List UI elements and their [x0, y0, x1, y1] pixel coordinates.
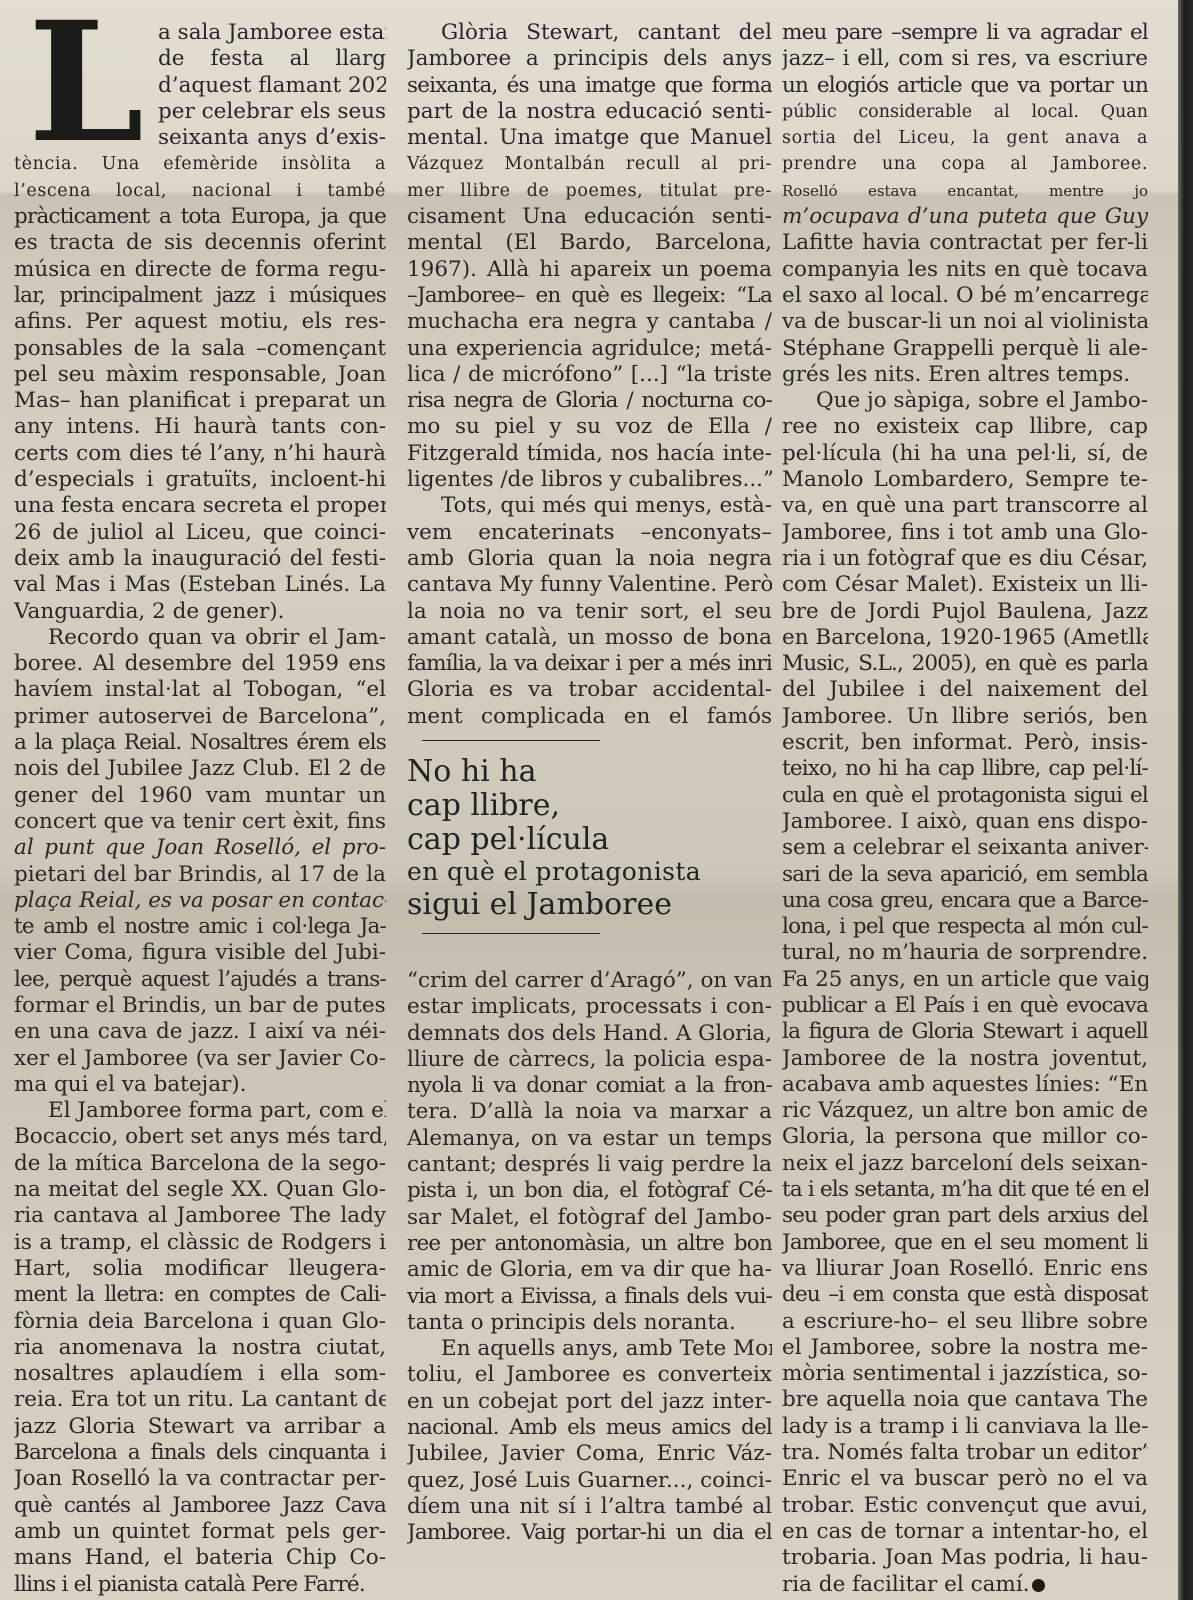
text-line: a escriure-ho– el seu llibre sobre: [782, 1309, 1148, 1335]
text-line: seu poder gran part dels arxius del: [782, 1203, 1148, 1229]
text-line: mo su piel y su voz de Ella /: [407, 414, 772, 440]
text-line: companyia les nits en què tocava: [782, 257, 1148, 283]
text-line: sortia del Liceu, la gent anava a: [782, 125, 1148, 151]
pull-quote-text: No hi ha cap llibre, cap pel·lícula en q…: [407, 741, 772, 933]
text-line: Tots, qui més qui menys, està-: [407, 493, 772, 519]
text-line: d’especials i gratuïts, incloent-hi: [14, 467, 386, 493]
text-line: cisament Una educación senti-: [407, 204, 772, 230]
text-line: estar implicats, processats i con-: [407, 994, 772, 1020]
article-paragraph-5: Tots, qui més qui menys, està- vem encat…: [407, 493, 772, 730]
text-line: família, la va deixar i per a més inri: [407, 651, 772, 677]
text-line: escrit, ben informat. Però, insis-: [782, 730, 1148, 756]
text-line: te amb el nostre amic i col·lega Ja-: [14, 914, 386, 940]
text-line: Que jo sàpiga, sobre el Jambo-: [782, 388, 1148, 414]
text-line: en Barcelona, 1920-1965 (Ametlla: [782, 625, 1148, 651]
text-line: muchacha era negra y cantaba /: [407, 309, 772, 335]
text-line: quez, José Luis Guarner..., coinci-: [407, 1468, 772, 1494]
text-line: mental. Una imatge que Manuel: [407, 125, 772, 151]
text-line: deu –i em consta que està disposat: [782, 1282, 1148, 1308]
text-line: Glòria Stewart, cantant del: [407, 20, 772, 46]
pull-quote-bottom-rule: [422, 933, 600, 934]
text-line: na meitat del segle XX. Quan Glo-: [14, 1177, 386, 1203]
text-line: afins. Per aquest motiu, els res-: [14, 309, 386, 335]
text-line: seixanta anys d’exis-: [158, 125, 386, 151]
text-line: Joan Roselló la va contractar per-: [14, 1466, 386, 1492]
text-line: mans Hand, el bateria Chip Co-: [14, 1545, 386, 1571]
text-line: via mort a Eivissa, a finals dels vui-: [407, 1284, 772, 1310]
final-text: ria de facilitar el camí.: [782, 1572, 1030, 1597]
text-line: Fa 25 anys, en un article que vaig: [782, 967, 1148, 993]
text-line: una cosa greu, encara que a Barce-: [782, 888, 1148, 914]
text-line: díem una nit sí i l’altra també al: [407, 1494, 772, 1520]
text-line: risa negra de Gloria / nocturna co-: [407, 388, 772, 414]
text-line: pel·lícula (hi ha una pel·li, sí, de: [782, 441, 1148, 467]
pull-quote-line: sigui el Jamboree: [407, 887, 772, 923]
article-column-1: L a sala Jamboree estarà de festa al lla…: [14, 20, 386, 1598]
pull-quote-line: cap pel·lícula: [407, 823, 772, 857]
text-line: any intens. Hi haurà tants con-: [14, 414, 386, 440]
text-line: primer autoservei de Barcelona”,: [14, 704, 386, 730]
text-line: havíem instal·lat al Tobogan, “el: [14, 677, 386, 703]
text-line: trobaria. Joan Mas podria, li hau-: [782, 1545, 1148, 1571]
text-line: sar Malet, el fotògraf del Jambo-: [407, 1205, 772, 1231]
text-line: acabava amb aquestes línies: “En-: [782, 1072, 1148, 1098]
text-line: ma qui el va batejar).: [14, 1072, 386, 1098]
text-line: es tracta de sis decennis oferint: [14, 230, 386, 256]
text-line: concert que va tenir cert èxit, fins: [14, 809, 386, 835]
text-line: cantava My funny Valentine. Però: [407, 572, 772, 598]
text-line: mental (El Bardo, Barcelona,: [407, 230, 772, 256]
text-line: grés les nits. Eren altres temps.: [782, 362, 1148, 388]
text-line: cula en què el protagonista sigui el: [782, 783, 1148, 809]
text-line: ment la lletra: en comptes de Cali-: [14, 1282, 386, 1308]
text-line: nosaltres aplaudíem i ella som-: [14, 1361, 386, 1387]
text-line: publicar a El País i en què evocava: [782, 993, 1148, 1019]
text-line: un elogiós article que va portar un: [782, 73, 1148, 99]
text-line: Jamboree. I això, quan ens dispo-: [782, 809, 1148, 835]
text-line: reia. Era tot un ritu. La cantant de: [14, 1387, 386, 1413]
text-line: Gloria es va trobar accidental-: [407, 677, 772, 703]
text-line: què cantés al Jamboree Jazz Cava: [14, 1493, 386, 1519]
text-line: per celebrar els seus: [158, 99, 386, 125]
text-line: seixanta, és una imatge que forma: [407, 73, 772, 99]
text-line: Lafitte havia contractat per fer-li: [782, 230, 1148, 256]
text-line: Hart, solia modificar lleugera-: [14, 1256, 386, 1282]
text-line: a la plaça Reial. Nosaltres érem els: [14, 730, 386, 756]
text-line: Barcelona a finals dels cinquanta i: [14, 1440, 386, 1466]
article-paragraph-3: El Jamboree forma part, com el: [14, 1098, 386, 1124]
article-paragraph-9: Que jo sàpiga, sobre el Jambo- ree no ex…: [782, 388, 1148, 1598]
text-line: bre aquella noia que cantava The: [782, 1387, 1148, 1413]
article-paragraph-2: Recordo quan va obrir el Jam-: [14, 625, 386, 651]
text-line: ponsables de la sala –començant: [14, 336, 386, 362]
text-line: 1967). Allà hi apareix un poema: [407, 257, 772, 283]
article-column-3: meu pare –sempre li va agradar el jazz– …: [782, 20, 1148, 1598]
text-line: meu pare –sempre li va agradar el: [782, 20, 1148, 46]
text-line: amb Gloria quan la noia negra: [407, 546, 772, 572]
text-line: Gloria, la persona que millor co-: [782, 1124, 1148, 1150]
text-line: en una cava de jazz. I així va néi-: [14, 1019, 386, 1045]
text-line: tera. D’allà la noia va marxar a: [407, 1099, 772, 1125]
text-line: lar, principalment jazz i músiques: [14, 283, 386, 309]
text-line: lady is a tramp i li canviava la lle-: [782, 1414, 1148, 1440]
pull-quote-line: en què el protagonista: [407, 857, 772, 887]
text-line: En aquells anys, amb Tete Mon-: [407, 1336, 772, 1362]
text-line: pista i, un bon dia, el fotògraf Cé-: [407, 1178, 772, 1204]
article-paragraph-7: En aquells anys, amb Tete Mon- toliu, el…: [407, 1336, 772, 1546]
text-line: Recordo quan va obrir el Jam-: [48, 625, 386, 651]
text-line: del Jubilee i del naixement del: [782, 677, 1148, 703]
text-line: Enric el va buscar però no el va: [782, 1466, 1148, 1492]
text-line: Bocaccio, obert set anys més tard,: [14, 1124, 386, 1150]
text-line: en un cobejat port del jazz inter-: [407, 1389, 772, 1415]
text-line: Vanguardia, 2 de gener).: [14, 599, 386, 625]
text-line: va de buscar-li un noi al violinista: [782, 309, 1148, 335]
text-line: certs com dies té l’any, n’hi haurà: [14, 441, 386, 467]
article-paragraph-2-cont: boree. Al desembre del 1959 ens havíem i…: [14, 651, 386, 1098]
text-line: “crim del carrer d’Aragó”, on van: [407, 968, 772, 994]
text-line: jazz Gloria Stewart va arribar a: [14, 1414, 386, 1440]
text-line: pràcticament a tota Europa, ja que: [14, 204, 386, 230]
text-line: música en directe de forma regu-: [14, 257, 386, 283]
text-line: nacional. Amb els meus amics del: [407, 1415, 772, 1441]
text-line: ria anomenava la nostra ciutat,: [14, 1335, 386, 1361]
text-line: vem encaterinats –enconyats–: [407, 520, 772, 546]
text-line: Mas– han planificat i preparat un: [14, 388, 386, 414]
text-line: lona, i pel que respecta al món cul-: [782, 914, 1148, 940]
text-line: el saxo al local. O bé m’encarrega-: [782, 283, 1148, 309]
text-line: ta i els setanta, m’ha dit que té en el: [782, 1177, 1148, 1203]
article-paragraph-8: meu pare –sempre li va agradar el jazz– …: [782, 20, 1148, 388]
text-line: tural, no m’hauria de sorprendre.: [782, 940, 1148, 966]
drop-cap: L: [28, 22, 144, 142]
text-line: vier Coma, figura visible del Jubi-: [14, 940, 386, 966]
text-line: val Mas i Mas (Esteban Linés. La: [14, 572, 386, 598]
text-line: sari de la seva aparició, em sembla: [782, 862, 1148, 888]
text-line: El Jamboree forma part, com el: [48, 1098, 386, 1124]
text-line: –Jamboree– en què es llegeix: “La: [407, 283, 772, 309]
text-line: plaça Reial, es va posar en contac-: [14, 888, 386, 914]
text-line: nois del Jubilee Jazz Club. El 2 de: [14, 756, 386, 782]
text-line: en cas de tornar a intentar-ho, el: [782, 1519, 1148, 1545]
text-line: formar el Brindis, un bar de putes,: [14, 993, 386, 1019]
text-line: trobar. Estic convençut que avui,: [782, 1493, 1148, 1519]
text-line-final: ria de facilitar el camí.: [782, 1572, 1148, 1598]
text-line: Jamboree, que en el seu moment li: [782, 1230, 1148, 1256]
text-line: ment complicada en el famós: [407, 704, 772, 730]
page-edge-shadow: [1178, 0, 1193, 1600]
text-line: prendre una copa al Jamboree.: [782, 151, 1148, 177]
text-line: mer llibre de poemes, titulat pre-: [407, 178, 772, 204]
text-line: tència. Una efemèride insòlita a: [14, 151, 386, 177]
text-line: la noia no va tenir sort, el seu: [407, 599, 772, 625]
pull-quote-line: No hi ha: [407, 755, 772, 789]
text-line: fòrnia deia Barcelona i quan Glo-: [14, 1309, 386, 1335]
text-line: Manolo Lombardero, Sempre te-: [782, 467, 1148, 493]
text-line: demnats dos dels Hand. A Gloria,: [407, 1021, 772, 1047]
article-column-2: Glòria Stewart, cantant del Jamboree a p…: [407, 20, 772, 730]
text-line: boree. Al desembre del 1959 ens: [14, 651, 386, 677]
pull-quote: No hi ha cap llibre, cap pel·lícula en q…: [407, 740, 772, 934]
text-line: lliure de càrrecs, la policia espa-: [407, 1047, 772, 1073]
text-line: de la mítica Barcelona de la sego-: [14, 1151, 386, 1177]
text-line: mòria sentimental i jazzística, so-: [782, 1361, 1148, 1387]
text-line: bre de Jordi Pujol Baulena, Jazz: [782, 599, 1148, 625]
text-line: gener del 1960 vam muntar un: [14, 783, 386, 809]
article-paragraph-4: Glòria Stewart, cantant del Jamboree a p…: [407, 20, 772, 493]
text-line: Music, S.L., 2005), en què es parla: [782, 651, 1148, 677]
text-line: públic considerable al local. Quan: [782, 99, 1148, 125]
text-line: m’ocupava d’una puteta que Guy: [782, 204, 1148, 230]
text-line: lee, perquè aquest l’ajudés a trans-: [14, 967, 386, 993]
text-line: d’aquest flamant 2020: [158, 73, 386, 99]
text-line: Jubilee, Javier Coma, Enric Váz-: [407, 1441, 772, 1467]
text-line: va lliurar Joan Roselló. Enric ens: [782, 1256, 1148, 1282]
text-line: xer el Jamboree (va ser Javier Co-: [14, 1046, 386, 1072]
article-paragraph-3-cont: Bocaccio, obert set anys més tard, de la…: [14, 1124, 386, 1597]
text-line: ric Vázquez, un altre bon amic de: [782, 1098, 1148, 1124]
text-line: part de la nostra educació senti-: [407, 99, 772, 125]
article-paragraph-1: L a sala Jamboree estarà de festa al lla…: [14, 20, 386, 625]
text-line: tra. Només falta trobar un editor”.: [782, 1440, 1148, 1466]
text-line: ria i un fotògraf que es diu César,: [782, 546, 1148, 572]
text-line: una festa encara secreta el proper: [14, 493, 386, 519]
text-line: Jamboree. Un llibre seriós, ben: [782, 704, 1148, 730]
text-line: sem a celebrar el seixanta aniver-: [782, 835, 1148, 861]
text-line: deix amb la inauguració del festi-: [14, 546, 386, 572]
text-line: Jamboree de la nostra joventut,: [782, 1046, 1148, 1072]
text-line: la figura de Gloria Stewart i aquell: [782, 1019, 1148, 1045]
text-line: el Jamboree, sobre la nostra me-: [782, 1335, 1148, 1361]
article-column-2-continued: “crim del carrer d’Aragó”, on van estar …: [407, 968, 772, 1547]
text-line: al punt que Joan Roselló, el pro-: [14, 835, 386, 861]
text-line: de festa al llarg: [158, 46, 386, 72]
text-line: llins i el pianista català Pere Farré.: [14, 1572, 386, 1598]
article-paragraph-6: “crim del carrer d’Aragó”, on van estar …: [407, 968, 772, 1336]
text-line: neix el jazz barceloní dels seixan-: [782, 1151, 1148, 1177]
text-line: ree per antonomàsia, un altre bon: [407, 1231, 772, 1257]
text-line: ree no existeix cap llibre, cap: [782, 414, 1148, 440]
text-line: amant català, un mosso de bona: [407, 625, 772, 651]
text-line: Roselló estava encantat, mentre jo: [782, 178, 1148, 204]
text-line: com César Malet). Existeix un lli-: [782, 572, 1148, 598]
text-line: Fitzgerald tímida, nos hacía inte-: [407, 441, 772, 467]
text-line: Vázquez Montalbán recull al pri-: [407, 151, 772, 177]
text-line: tanta o principis dels noranta.: [407, 1310, 772, 1336]
text-line: Jamboree, fins i tot amb una Glo-: [782, 520, 1148, 546]
text-line: toliu, el Jamboree es converteix: [407, 1362, 772, 1388]
text-line: jazz– i ell, com si res, va escriure: [782, 46, 1148, 72]
text-line: amic de Gloria, em va dir que ha-: [407, 1257, 772, 1283]
text-line: pietari del bar Brindis, al 17 de la: [14, 862, 386, 888]
text-line: Jamboree. Vaig portar-hi un dia el: [407, 1520, 772, 1546]
text-line: pel seu màxim responsable, Joan: [14, 362, 386, 388]
text-line: is a tramp, el clàssic de Rodgers i: [14, 1230, 386, 1256]
text-line: teixo, no hi ha cap llibre, cap pel·lí-: [782, 756, 1148, 782]
text-line: ria cantava al Jamboree The lady: [14, 1203, 386, 1229]
pull-quote-line: cap llibre,: [407, 789, 772, 823]
text-line: lica / de micrófono” [...] “la triste: [407, 362, 772, 388]
text-line: Jamboree a principis dels anys: [407, 46, 772, 72]
text-line: 26 de juliol al Liceu, que coinci-: [14, 520, 386, 546]
text-line: Stéphane Grappelli perquè li ale-: [782, 336, 1148, 362]
end-of-article-bullet-icon: [1032, 1579, 1045, 1592]
text-line: va, en què una part transcorre al: [782, 493, 1148, 519]
text-line: ligentes /de libros y cubalibres...”.: [407, 467, 772, 493]
text-line: a sala Jamboree estarà: [158, 20, 386, 46]
text-line: Alemanya, on va estar un temps: [407, 1126, 772, 1152]
text-line: una experiencia agridulce; metá-: [407, 336, 772, 362]
text-line: amb un quintet format pels ger-: [14, 1519, 386, 1545]
text-line: cantant; després li vaig perdre la: [407, 1152, 772, 1178]
text-line: nyola li va donar comiat a la fron-: [407, 1073, 772, 1099]
text-line: l’escena local, nacional i també: [14, 178, 386, 204]
